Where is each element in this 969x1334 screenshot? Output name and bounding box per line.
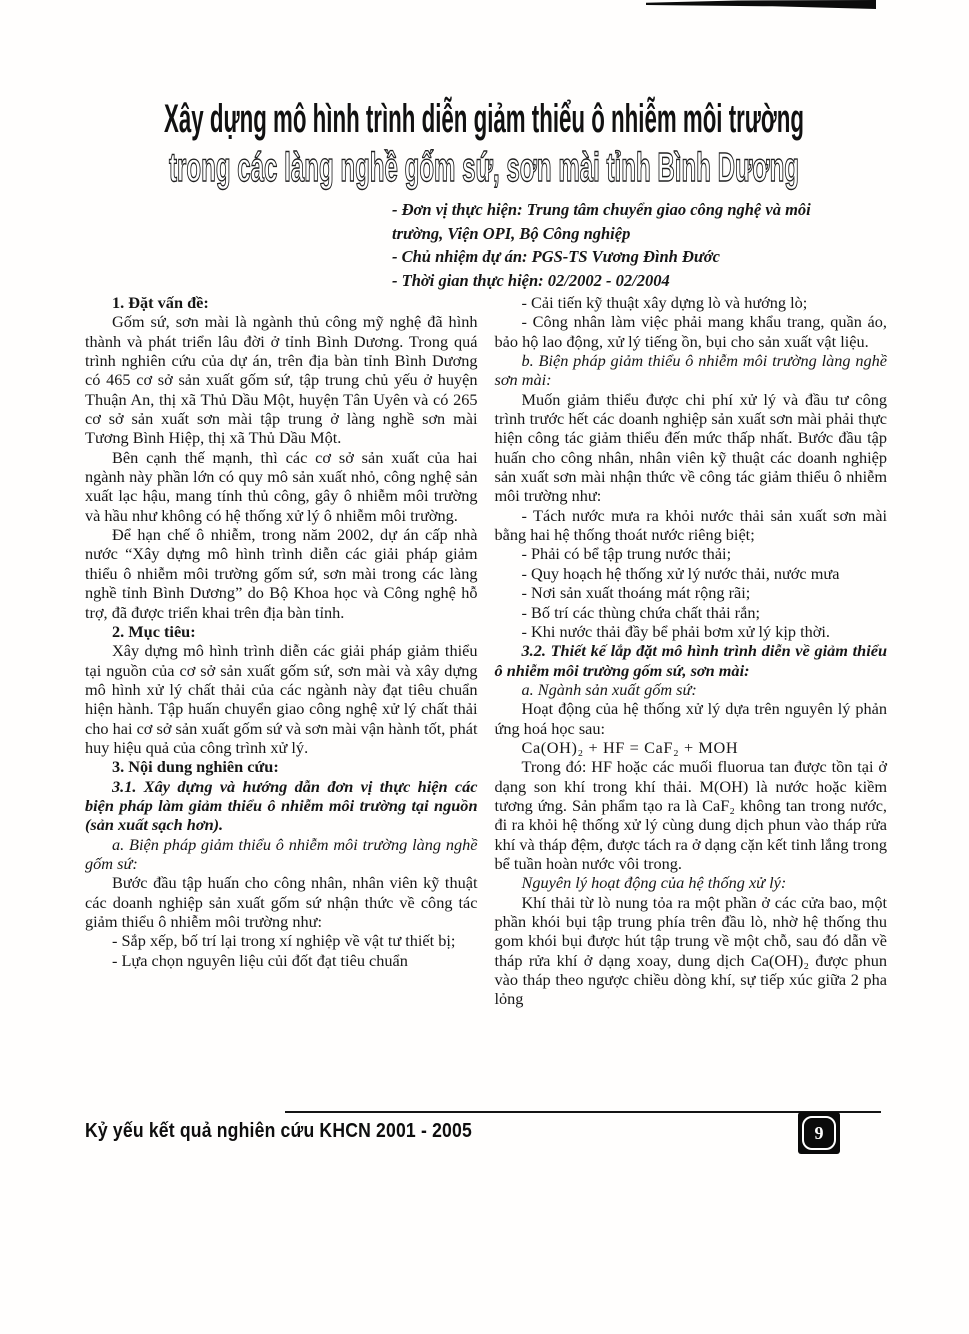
paragraph: Gốm sứ, sơn mài là ngành thủ công mỹ ngh… (85, 312, 478, 447)
subsection-heading: 3.2. Thiết kế lắp đặt mô hình trình diễn… (495, 641, 888, 680)
project-info-item: - Chủ nhiệm dự án: PGS-TS Vương Đình Đướ… (392, 245, 812, 269)
project-info-item: - Thời gian thực hiện: 02/2002 - 02/2004 (392, 269, 812, 293)
paragraph: Xây dựng mô hình trình diễn các giải phá… (85, 641, 478, 757)
project-info-block: - Đơn vị thực hiện: Trung tâm chuyển gia… (392, 198, 812, 292)
left-column: 1. Đặt vấn đề: Gốm sứ, sơn mài là ngành … (85, 293, 478, 1009)
page-title: Xây dựng mô hình trình diễn giảm thiểu ô… (164, 95, 804, 141)
scan-artifact (646, 0, 876, 9)
section-heading: 2. Mục tiêu: (85, 622, 478, 641)
scanned-paper-page: Xây dựng mô hình trình diễn giảm thiểu ô… (0, 0, 969, 1334)
section-heading: 3. Nội dung nghiên cứu: (85, 757, 478, 776)
footer-divider (285, 1111, 881, 1113)
list-item: - Quy hoạch hệ thống xử lý nước thải, nư… (495, 564, 888, 583)
list-item: - Lựa chọn nguyên liệu củi đốt đạt tiêu … (85, 951, 478, 970)
list-item: - Cải tiến kỹ thuật xây dựng lò và hướng… (495, 293, 888, 312)
title-block: Xây dựng mô hình trình diễn giảm thiểu ô… (0, 84, 969, 194)
subsection-heading: Nguyên lý hoạt động của hệ thống xử lý: (495, 873, 888, 892)
paragraph: Hoạt động của hệ thống xử lý dựa trên ng… (495, 699, 888, 738)
list-item: - Tách nước mưa ra khỏi nước thải sản xu… (495, 506, 888, 545)
section-heading: 1. Đặt vấn đề: (85, 293, 478, 312)
list-item: - Công nhân làm việc phải mang khẩu tran… (495, 312, 888, 351)
right-column: - Cải tiến kỹ thuật xây dựng lò và hướng… (495, 293, 888, 1009)
paragraph: Bước đầu tập huấn cho công nhân, nhân vi… (85, 873, 478, 931)
paragraph: Bên cạnh thế mạnh, thì các cơ sở sản xuấ… (85, 448, 478, 525)
list-item: - Sắp xếp, bố trí lại trong xí nghiệp về… (85, 931, 478, 950)
paragraph: Để hạn chế ô nhiễm, trong năm 2002, dự á… (85, 525, 478, 622)
article-body: 1. Đặt vấn đề: Gốm sứ, sơn mài là ngành … (85, 293, 887, 1009)
list-item: - Bố trí các thùng chứa chất thải rắn; (495, 603, 888, 622)
project-info-item: - Đơn vị thực hiện: Trung tâm chuyển gia… (392, 198, 812, 245)
footer-label: Kỷ yếu kết quả nghiên cứu KHCN 2001 - 20… (85, 1120, 472, 1143)
chemical-formula: Ca(OH)₂ + HF = CaF₂ + MOH (495, 738, 888, 757)
subsection-heading: b. Biện pháp giảm thiểu ô nhiễm môi trườ… (495, 351, 888, 390)
page-subtitle-outline: trong các làng nghề gốm sứ, sơn mài tỉnh… (169, 144, 799, 190)
paragraph: Trong đó: HF hoặc các muối fluorua tan đ… (495, 757, 888, 873)
list-item: - Phải có bể tập trung nước thải; (495, 544, 888, 563)
page-number: 9 (802, 1116, 836, 1150)
subsection-heading: a. Ngành sản xuất gốm sứ: (495, 680, 888, 699)
subsection-heading: 3.1. Xây dựng và hướng dẫn đơn vị thực h… (85, 777, 478, 835)
list-item: - Nơi sản xuất thoáng mát rộng rãi; (495, 583, 888, 602)
paragraph: Khí thải từ lò nung tỏa ra một phần ở cá… (495, 893, 888, 1009)
paragraph: Muốn giảm thiểu được chi phí xử lý và đầ… (495, 390, 888, 506)
page-number-badge: 9 (798, 1112, 840, 1154)
subsection-heading: a. Biện pháp giảm thiểu ô nhiễm môi trườ… (85, 835, 478, 874)
list-item: - Khi nước thải đầy bể phải bơm xử lý kị… (495, 622, 888, 641)
